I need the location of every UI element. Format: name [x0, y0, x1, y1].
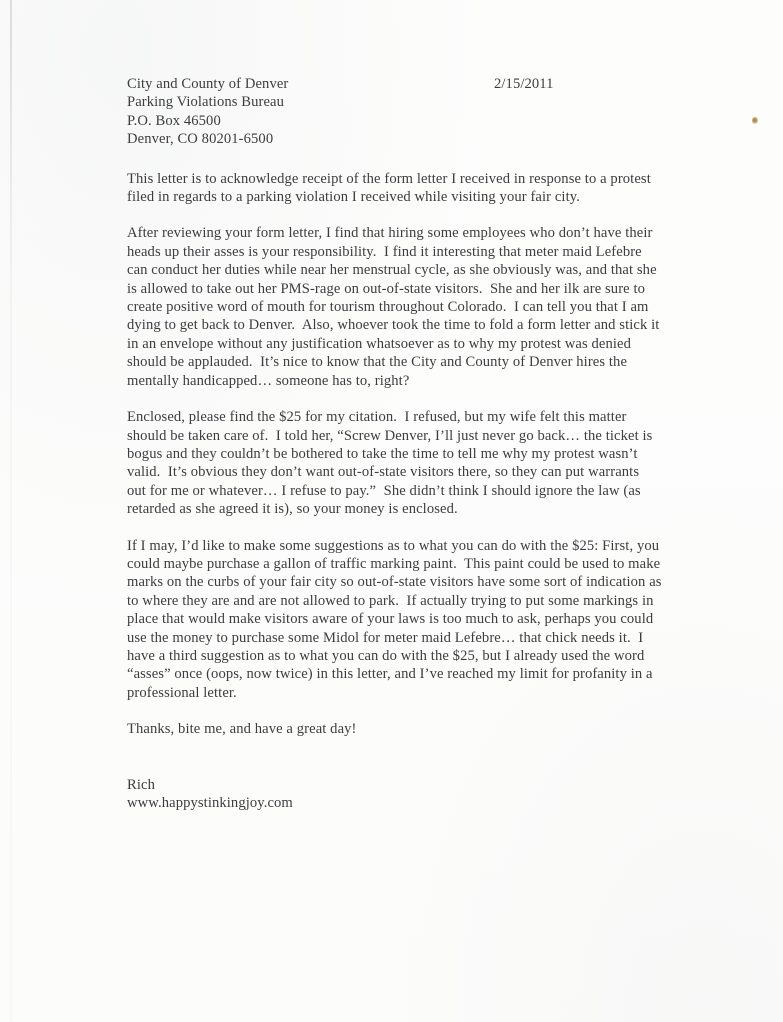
scan-artifact-speck [752, 117, 758, 124]
signature-block: Rich www.happystinkingjoy.com [127, 776, 727, 813]
closing-line: Thanks, bite me, and have a great day! [127, 720, 727, 738]
scanned-letter-page: City and County of Denver Parking Violat… [0, 0, 783, 1022]
paragraph-suggestions: If I may, I’d like to make some suggesti… [127, 537, 727, 703]
paragraph-acknowledgement: This letter is to acknowledge receipt of… [127, 170, 727, 207]
scan-edge-line [10, 0, 12, 1022]
signature-name: Rich [127, 776, 727, 794]
letter-header: City and County of Denver Parking Violat… [127, 75, 727, 149]
letter-content: City and County of Denver Parking Violat… [127, 75, 727, 812]
paragraph-complaint: After reviewing your form letter, I find… [127, 224, 727, 390]
letter-date: 2/15/2011 [494, 75, 554, 93]
recipient-address: City and County of Denver Parking Violat… [127, 75, 727, 149]
paragraph-payment: Enclosed, please find the $25 for my cit… [127, 408, 727, 518]
signature-website: www.happystinkingjoy.com [127, 794, 727, 812]
